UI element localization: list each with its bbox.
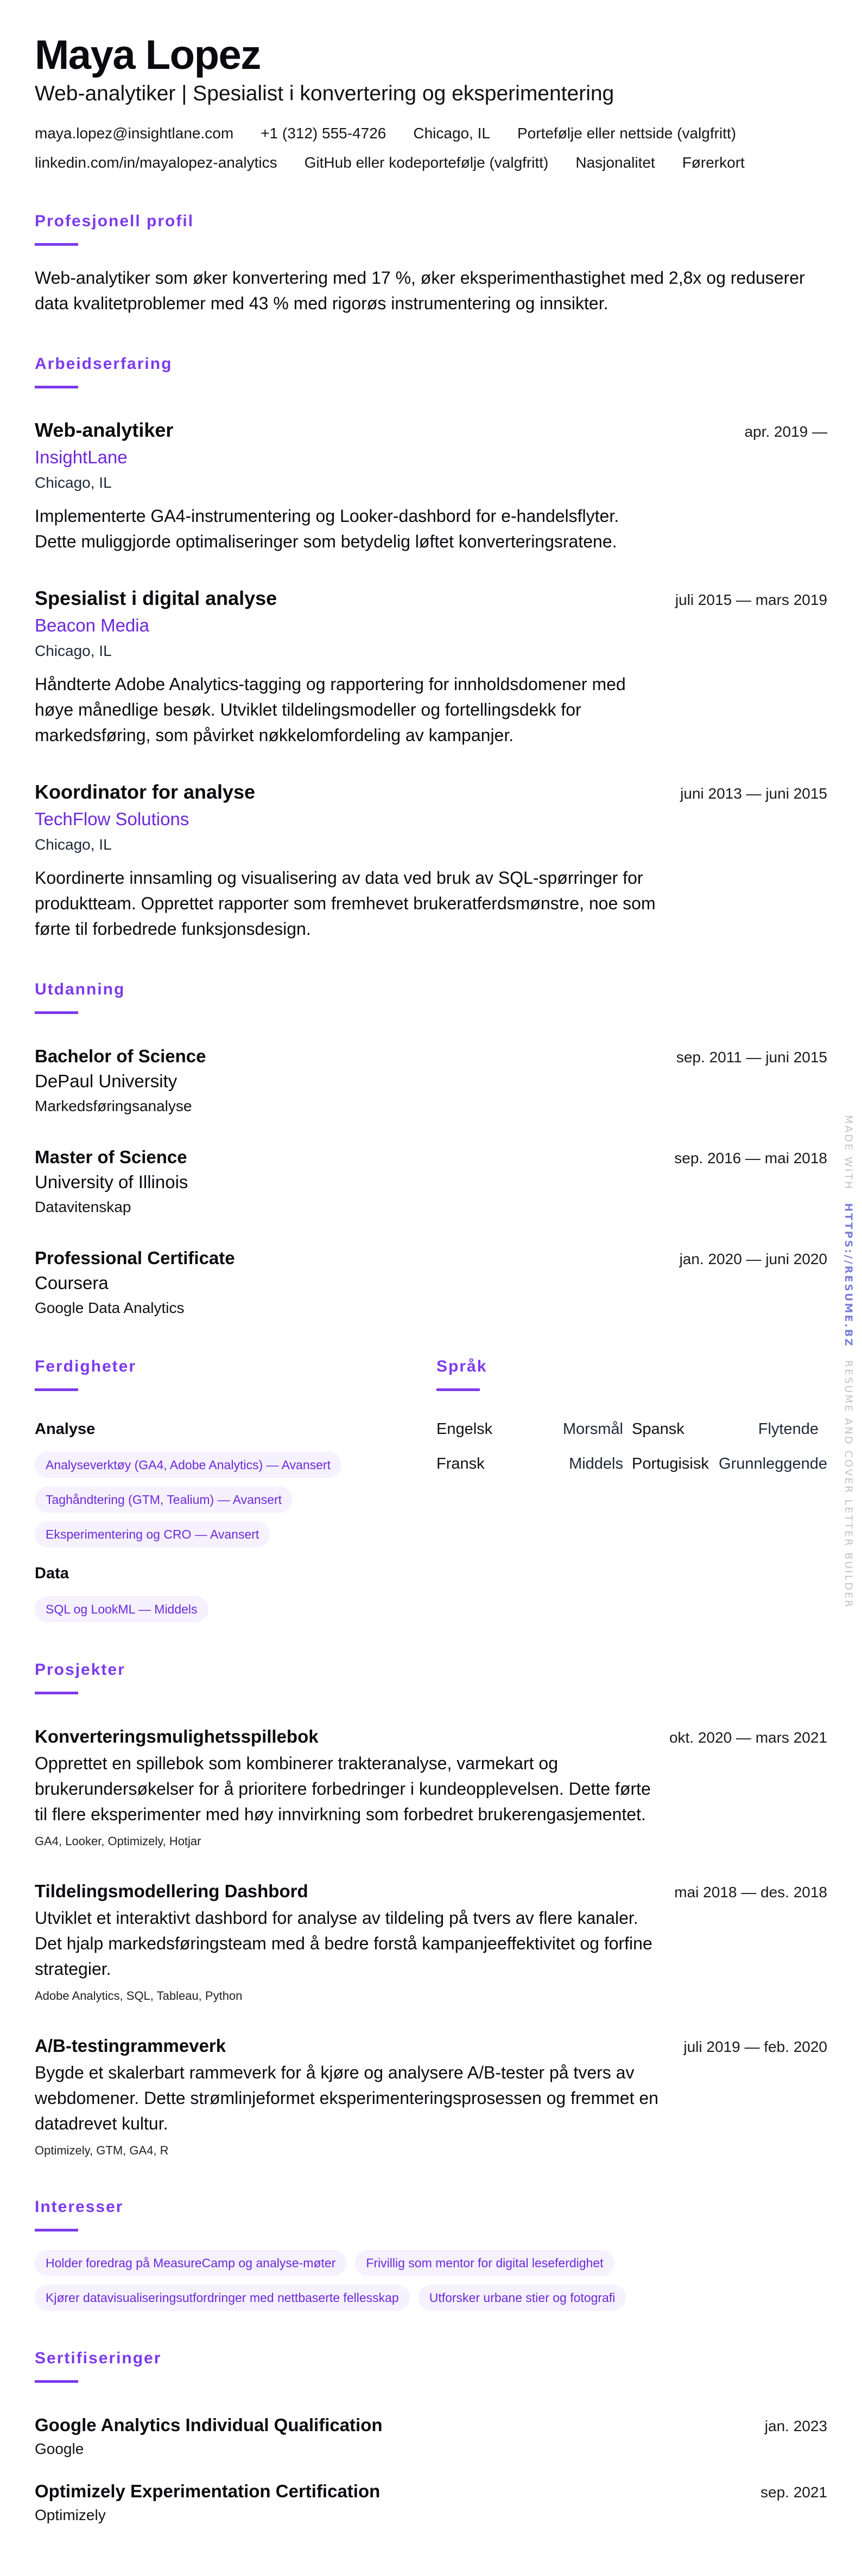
section-title: Språk: [436, 1356, 827, 1378]
contact-portfolio[interactable]: Portefølje eller nettside (valgfritt): [517, 123, 736, 144]
project-description: Opprettet en spillebok som kombinerer tr…: [35, 1751, 664, 1827]
skill-group: Data SQL og LookML — Middels: [35, 1563, 436, 1622]
education-field: Datavitenskap: [35, 1196, 827, 1218]
section-divider: [35, 1388, 78, 1391]
certification-name: Optimizely Experimentation Certification: [35, 2479, 380, 2503]
certification-issuer: Google: [35, 2438, 827, 2460]
projects-section: Prosjekter Konverteringsmulighetsspilleb…: [35, 1659, 827, 2159]
skill-chip: Eksperimentering og CRO — Avansert: [35, 1521, 270, 1547]
certification-entry: Google Analytics Individual Qualificatio…: [35, 2413, 827, 2460]
project-tech: GA4, Looker, Optimizely, Hotjar: [35, 1833, 827, 1850]
contact-location: Chicago, IL: [413, 123, 490, 144]
profile-section: Profesjonell profil Web-analytiker som ø…: [35, 211, 827, 316]
section-title: Sertifiseringer: [35, 2348, 827, 2369]
skill-group-title: Data: [35, 1563, 436, 1584]
section-divider: [35, 1011, 78, 1014]
languages-section: Språk Engelsk Morsmål Spansk Flytende Fr…: [436, 1356, 827, 1622]
education-degree: Bachelor of Science: [35, 1044, 206, 1068]
job-list: Web-analytiker apr. 2019 — InsightLane C…: [35, 418, 827, 942]
profile-summary: Web-analytiker som øker konvertering med…: [35, 265, 816, 316]
watermark-suffix: RESUME AND COVER LETTER BUILDER: [842, 1360, 854, 1609]
project-description: Bygde et skalerbart rammeverk for å kjør…: [35, 2060, 664, 2137]
section-divider: [35, 2229, 78, 2231]
resume-header: Maya Lopez Web-analytiker | Spesialist i…: [35, 31, 827, 174]
job-description: Implementerte GA4-instrumentering og Loo…: [35, 503, 664, 554]
interests-section: Interesser Holder foredrag på MeasureCam…: [35, 2196, 827, 2311]
contact-drivers-license: Førerkort: [682, 152, 745, 174]
watermark-prefix: MADE WITH: [842, 1115, 854, 1190]
language-list: Engelsk Morsmål Spansk Flytende Fransk M…: [436, 1418, 827, 1475]
watermark-link[interactable]: HTTPS://RESUME.BZ: [842, 1203, 854, 1347]
certification-issuer: Optimizely: [35, 2504, 827, 2526]
skill-chip: Analyseverktøy (GA4, Adobe Analytics) — …: [35, 1452, 341, 1478]
project-title: Tildelingsmodellering Dashbord: [35, 1879, 308, 1903]
job-dates: apr. 2019 —: [744, 421, 827, 443]
contact-nationality: Nasjonalitet: [575, 152, 655, 174]
education-dates: sep. 2011 — juni 2015: [676, 1047, 827, 1068]
interest-chip: Frivillig som mentor for digital lesefer…: [355, 2250, 614, 2276]
job-entry: Web-analytiker apr. 2019 — InsightLane C…: [35, 418, 827, 554]
contact-linkedin[interactable]: linkedin.com/in/mayalopez-analytics: [35, 152, 277, 174]
section-divider: [35, 1692, 78, 1694]
education-school: DePaul University: [35, 1069, 827, 1093]
section-title: Profesjonell profil: [35, 211, 827, 232]
section-title: Utdanning: [35, 979, 827, 1000]
language-level: Grunnleggende: [719, 1453, 827, 1475]
project-tech: Optimizely, GTM, GA4, R: [35, 2142, 827, 2159]
watermark-text: MADE WITH HTTPS://RESUME.BZ RESUME AND C…: [842, 1115, 854, 1609]
job-location: Chicago, IL: [35, 640, 827, 662]
job-description: Koordinerte innsamling og visualisering …: [35, 865, 664, 942]
education-dates: jan. 2020 — juni 2020: [680, 1248, 827, 1270]
project-entry: A/B-testingrammeverk juli 2019 — feb. 20…: [35, 2034, 827, 2159]
interest-chip: Kjører datavisualiseringsutfordringer me…: [35, 2285, 410, 2311]
job-title: Koordinator for analyse: [35, 780, 255, 805]
interest-chip: Utforsker urbane stier og fotografi: [419, 2285, 626, 2311]
education-school: University of Illinois: [35, 1170, 827, 1194]
skill-group: Analyse Analyseverktøy (GA4, Adobe Analy…: [35, 1418, 436, 1547]
resume-page: Maya Lopez Web-analytiker | Spesialist i…: [0, 0, 862, 2548]
job-company: TechFlow Solutions: [35, 807, 827, 832]
section-title: Ferdigheter: [35, 1356, 436, 1378]
education-field: Google Data Analytics: [35, 1297, 827, 1319]
project-entry: Tildelingsmodellering Dashbord mai 2018 …: [35, 1879, 827, 2005]
project-dates: juli 2019 — feb. 2020: [683, 2036, 827, 2058]
job-dates: juli 2015 — mars 2019: [675, 589, 827, 611]
education-degree: Master of Science: [35, 1145, 187, 1169]
section-divider: [35, 243, 78, 246]
job-title: Web-analytiker: [35, 418, 173, 443]
job-title: Spesialist i digital analyse: [35, 586, 277, 611]
job-dates: juni 2013 — juni 2015: [680, 783, 827, 805]
contact-github[interactable]: GitHub eller kodeportefølje (valgfritt): [305, 152, 549, 174]
certification-name: Google Analytics Individual Qualificatio…: [35, 2413, 383, 2437]
education-entry: Bachelor of Science sep. 2011 — juni 201…: [35, 1044, 827, 1117]
project-entry: Konverteringsmulighetsspillebok okt. 202…: [35, 1725, 827, 1850]
education-school: Coursera: [35, 1271, 827, 1295]
section-divider: [436, 1388, 480, 1391]
language-item: Engelsk Morsmål: [436, 1418, 632, 1440]
language-name: Spansk: [632, 1418, 684, 1440]
job-location: Chicago, IL: [35, 834, 827, 856]
language-item: Spansk Flytende: [632, 1418, 827, 1440]
experience-section: Arbeidserfaring Web-analytiker apr. 2019…: [35, 353, 827, 942]
section-divider: [35, 386, 78, 388]
language-level: Middels: [569, 1453, 623, 1475]
job-entry: Spesialist i digital analyse juli 2015 —…: [35, 586, 827, 748]
language-item: Fransk Middels: [436, 1453, 632, 1475]
section-title: Interesser: [35, 2196, 827, 2218]
language-level: Morsmål: [563, 1418, 623, 1440]
certification-entry: Optimizely Experimentation Certification…: [35, 2479, 827, 2526]
contact-phone[interactable]: +1 (312) 555-4726: [261, 123, 386, 144]
skill-chip-list: SQL og LookML — Middels: [35, 1596, 436, 1622]
skill-chip-list: Analyseverktøy (GA4, Adobe Analytics) — …: [35, 1452, 436, 1547]
skill-chip: SQL og LookML — Middels: [35, 1596, 208, 1622]
job-description: Håndterte Adobe Analytics-tagging og rap…: [35, 672, 664, 748]
education-degree: Professional Certificate: [35, 1246, 235, 1270]
skills-section: Ferdigheter Analyse Analyseverktøy (GA4,…: [35, 1356, 436, 1622]
language-level: Flytende: [758, 1418, 819, 1440]
contact-list: maya.lopez@insightlane.com +1 (312) 555-…: [35, 123, 806, 174]
interest-chip-list: Holder foredrag på MeasureCamp og analys…: [35, 2250, 795, 2311]
interest-chip: Holder foredrag på MeasureCamp og analys…: [35, 2250, 346, 2276]
project-dates: okt. 2020 — mars 2021: [669, 1727, 827, 1749]
candidate-name: Maya Lopez: [35, 31, 827, 79]
project-tech: Adobe Analytics, SQL, Tableau, Python: [35, 1987, 827, 2005]
language-name: Fransk: [436, 1453, 485, 1475]
education-entry: Professional Certificate jan. 2020 — jun…: [35, 1246, 827, 1319]
section-title: Prosjekter: [35, 1659, 827, 1681]
contact-email[interactable]: maya.lopez@insightlane.com: [35, 123, 233, 144]
skills-languages-row: Ferdigheter Analyse Analyseverktøy (GA4,…: [35, 1356, 827, 1622]
candidate-headline: Web-analytiker | Spesialist i konverteri…: [35, 80, 827, 107]
language-name: Engelsk: [436, 1418, 492, 1440]
certification-date: jan. 2023: [765, 2415, 827, 2437]
job-location: Chicago, IL: [35, 472, 827, 494]
education-field: Markedsføringsanalyse: [35, 1095, 827, 1117]
project-description: Utviklet et interaktivt dashbord for ana…: [35, 1905, 664, 1982]
skill-group-title: Analyse: [35, 1418, 436, 1440]
job-entry: Koordinator for analyse juni 2013 — juni…: [35, 780, 827, 942]
education-entry: Master of Science sep. 2016 — mai 2018 U…: [35, 1145, 827, 1218]
language-name: Portugisisk: [632, 1453, 709, 1475]
builder-watermark: MADE WITH HTTPS://RESUME.BZ RESUME AND C…: [836, 1115, 858, 1571]
language-item: Portugisisk Grunnleggende: [632, 1453, 827, 1475]
education-section: Utdanning Bachelor of Science sep. 2011 …: [35, 979, 827, 1319]
skill-chip: Taghåndtering (GTM, Tealium) — Avansert: [35, 1487, 293, 1513]
education-dates: sep. 2016 — mai 2018: [674, 1147, 827, 1169]
project-title: Konverteringsmulighetsspillebok: [35, 1725, 319, 1749]
project-dates: mai 2018 — des. 2018: [674, 1882, 827, 1903]
certifications-section: Sertifiseringer Google Analytics Individ…: [35, 2348, 827, 2526]
section-divider: [35, 2380, 78, 2383]
certification-date: sep. 2021: [760, 2482, 827, 2503]
section-title: Arbeidserfaring: [35, 353, 827, 375]
project-title: A/B-testingrammeverk: [35, 2034, 226, 2058]
job-company: InsightLane: [35, 445, 827, 470]
job-company: Beacon Media: [35, 613, 827, 638]
